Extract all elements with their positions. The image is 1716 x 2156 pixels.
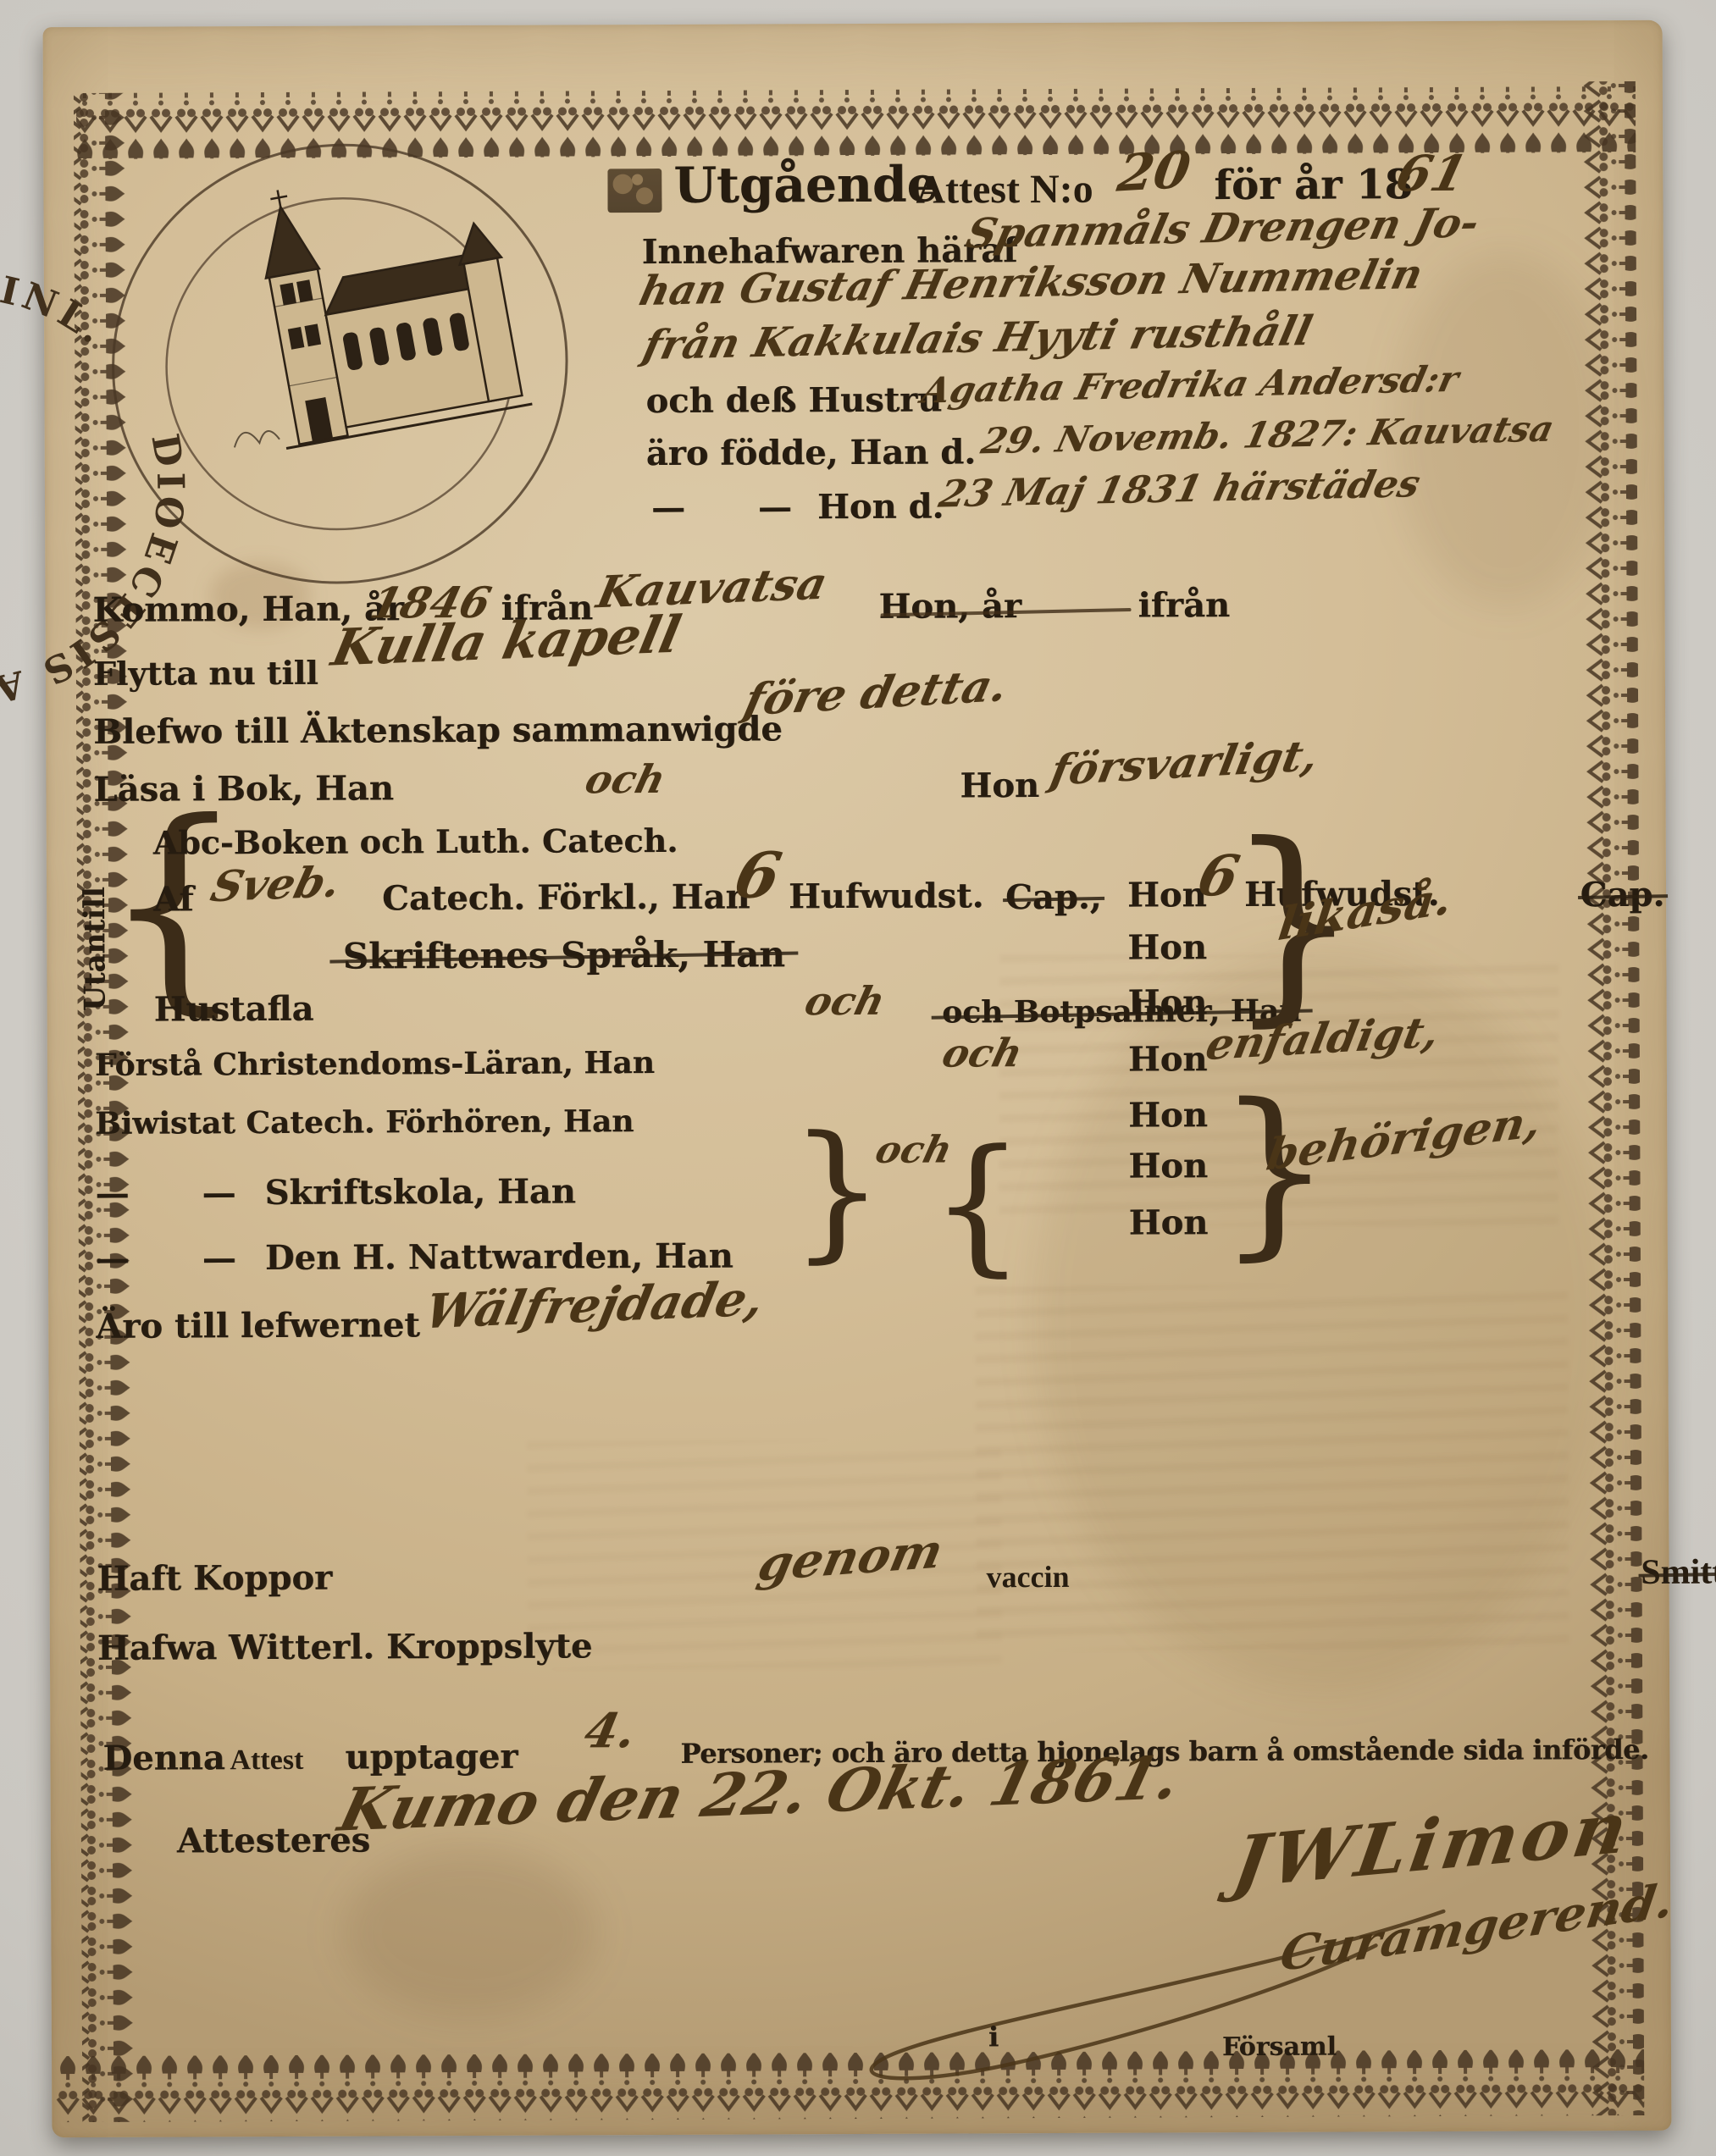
cap-struck-1: Cap., [1005, 877, 1102, 917]
year-handwritten: 61 [1391, 148, 1472, 200]
born-dash: — — [651, 489, 822, 526]
flytta-handwritten: Kulla kapell [327, 609, 684, 676]
hustafla-label: Hustafla [154, 992, 314, 1028]
kommo-her-ifran-label: ifrån [1138, 588, 1230, 623]
smitt-struck: Smitt [1641, 1553, 1716, 1592]
koppor-label: Haft Koppor [97, 1561, 332, 1597]
church-engraving-icon [191, 152, 532, 457]
abc-row-label: Abc-Boken och Luth. Catech. [153, 824, 678, 860]
nattwarden-dash: — — [96, 1241, 267, 1277]
born-label: äro födde, Han d. [646, 434, 977, 472]
nattwarden-hon-label: Hon [1129, 1205, 1209, 1241]
hon-label-row4: Hon [1128, 985, 1208, 1020]
denna-label: Denna [102, 1740, 224, 1777]
kommo-her-label: Hon, år [878, 589, 1021, 625]
forsta-hon-label: Hon [1128, 1042, 1208, 1077]
skriftskola-hon-label: Hon [1128, 1148, 1208, 1184]
forsaml-label: Församl [1222, 2034, 1337, 2061]
printer-ornament-icon [607, 169, 661, 213]
skriftenes-struck: Skriftenes Språk, Han [343, 933, 785, 976]
af-label: Af [153, 882, 194, 917]
attest-title-blackletter: Utgående [673, 159, 938, 212]
attest-number-handwritten: 20 [1114, 144, 1193, 202]
flytta-label: Flytta nu till [93, 656, 318, 691]
hufwudst-label-1: Hufwudst. [789, 878, 984, 915]
document-paper: DIOECESIS ABOENSIS. MAGNI PRINC: FINL. [43, 20, 1672, 2137]
skriftskola-dash: — — [95, 1175, 266, 1212]
catechism-author-handwritten: Sveb. [207, 860, 346, 909]
person-count-handwritten: 4. [580, 1706, 640, 1756]
lasa-och-handwritten: och [582, 759, 670, 800]
blefwo-label: Blefwo till Äktenskap sammanwigde [93, 711, 783, 750]
lasa-hon-label: Hon [960, 768, 1039, 804]
brace-mid-close: } [789, 1125, 884, 1258]
holder-handwritten-1: Spanmåls Drengen Jo- [962, 202, 1483, 256]
wife-label: och deß Hustru [645, 383, 942, 420]
attest-title-antiqua: Attest N:o [916, 169, 1093, 212]
signature-flourish [833, 1809, 1597, 2117]
biwistat-label: Biwistat Catech. Förhören, Han [95, 1106, 634, 1141]
hon-label-row3: Hon [1127, 930, 1207, 965]
diocese-seal: DIOECESIS ABOENSIS. MAGNI PRINC: FINL. [55, 83, 624, 645]
vaccin-label: vaccin [986, 1562, 1069, 1594]
lefwernet-label: Äro till lefwernet [96, 1307, 420, 1345]
catech-forkl-label: Catech. Förkl., Han [382, 880, 750, 917]
forsta-och-handwritten: och [938, 1032, 1027, 1074]
document-content: DIOECESIS ABOENSIS. MAGNI PRINC: FINL. [0, 0, 1716, 2156]
genom-handwritten: genom [754, 1527, 947, 1589]
lefwernet-handwritten: Wälfrejdade, [421, 1274, 768, 1337]
i-label: i [988, 2023, 999, 2052]
forsta-label: Förstå Christendoms-Läran, Han [95, 1048, 655, 1082]
attest-word-label: Attest [230, 1745, 303, 1776]
och-handwritten-row4: och [801, 981, 889, 1022]
nattwarden-label: Den H. Nattwarden, Han [265, 1239, 733, 1276]
brace-mid-open: { [930, 1138, 1025, 1272]
kroppslyte-label: Hafwa Witterl. Kroppslyte [97, 1628, 593, 1667]
cap-struck-2: Cap. [1580, 875, 1665, 915]
year-prefix: för år 18 [1214, 163, 1413, 207]
skriftskola-label: Skriftskola, Han [264, 1174, 575, 1211]
born-her-label: Hon d. [817, 489, 944, 526]
biwistat-hon-label: Hon [1128, 1097, 1208, 1133]
